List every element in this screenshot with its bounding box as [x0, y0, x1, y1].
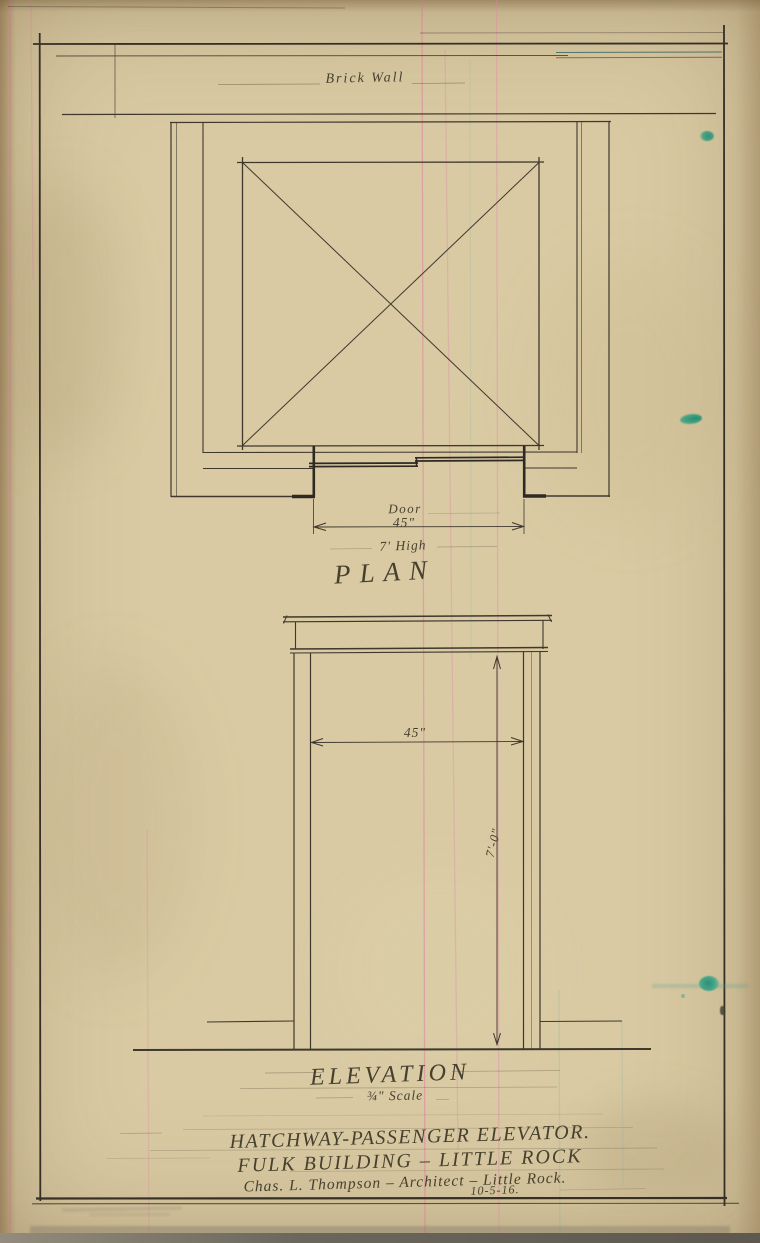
sliding-door-leaves: [309, 457, 524, 466]
elevation-width-dimension: 45": [375, 726, 455, 741]
border-frame: [8, 7, 739, 1207]
architectural-drawing-sheet: Brick Wall Door 45" 7' High PLAN 45" 7'-…: [0, 0, 760, 1243]
plan-view: [62, 114, 716, 535]
drawing-date: 10-5-16.: [455, 1183, 535, 1199]
plan-door-width-dimension: 45": [364, 516, 444, 531]
shaft-opening-x-mark: [237, 157, 544, 450]
pencil-guidelines: [107, 83, 664, 1190]
elevation-scale-note: ¾" Scale: [340, 1088, 450, 1105]
drawing-linework: [0, 0, 760, 1243]
brick-wall-label: Brick Wall: [300, 70, 430, 88]
elevation-view: [133, 615, 651, 1051]
plan-door-height-note: 7' High: [363, 538, 443, 556]
elevation-title: ELEVATION: [310, 1059, 471, 1091]
plan-title: PLAN: [324, 555, 445, 591]
